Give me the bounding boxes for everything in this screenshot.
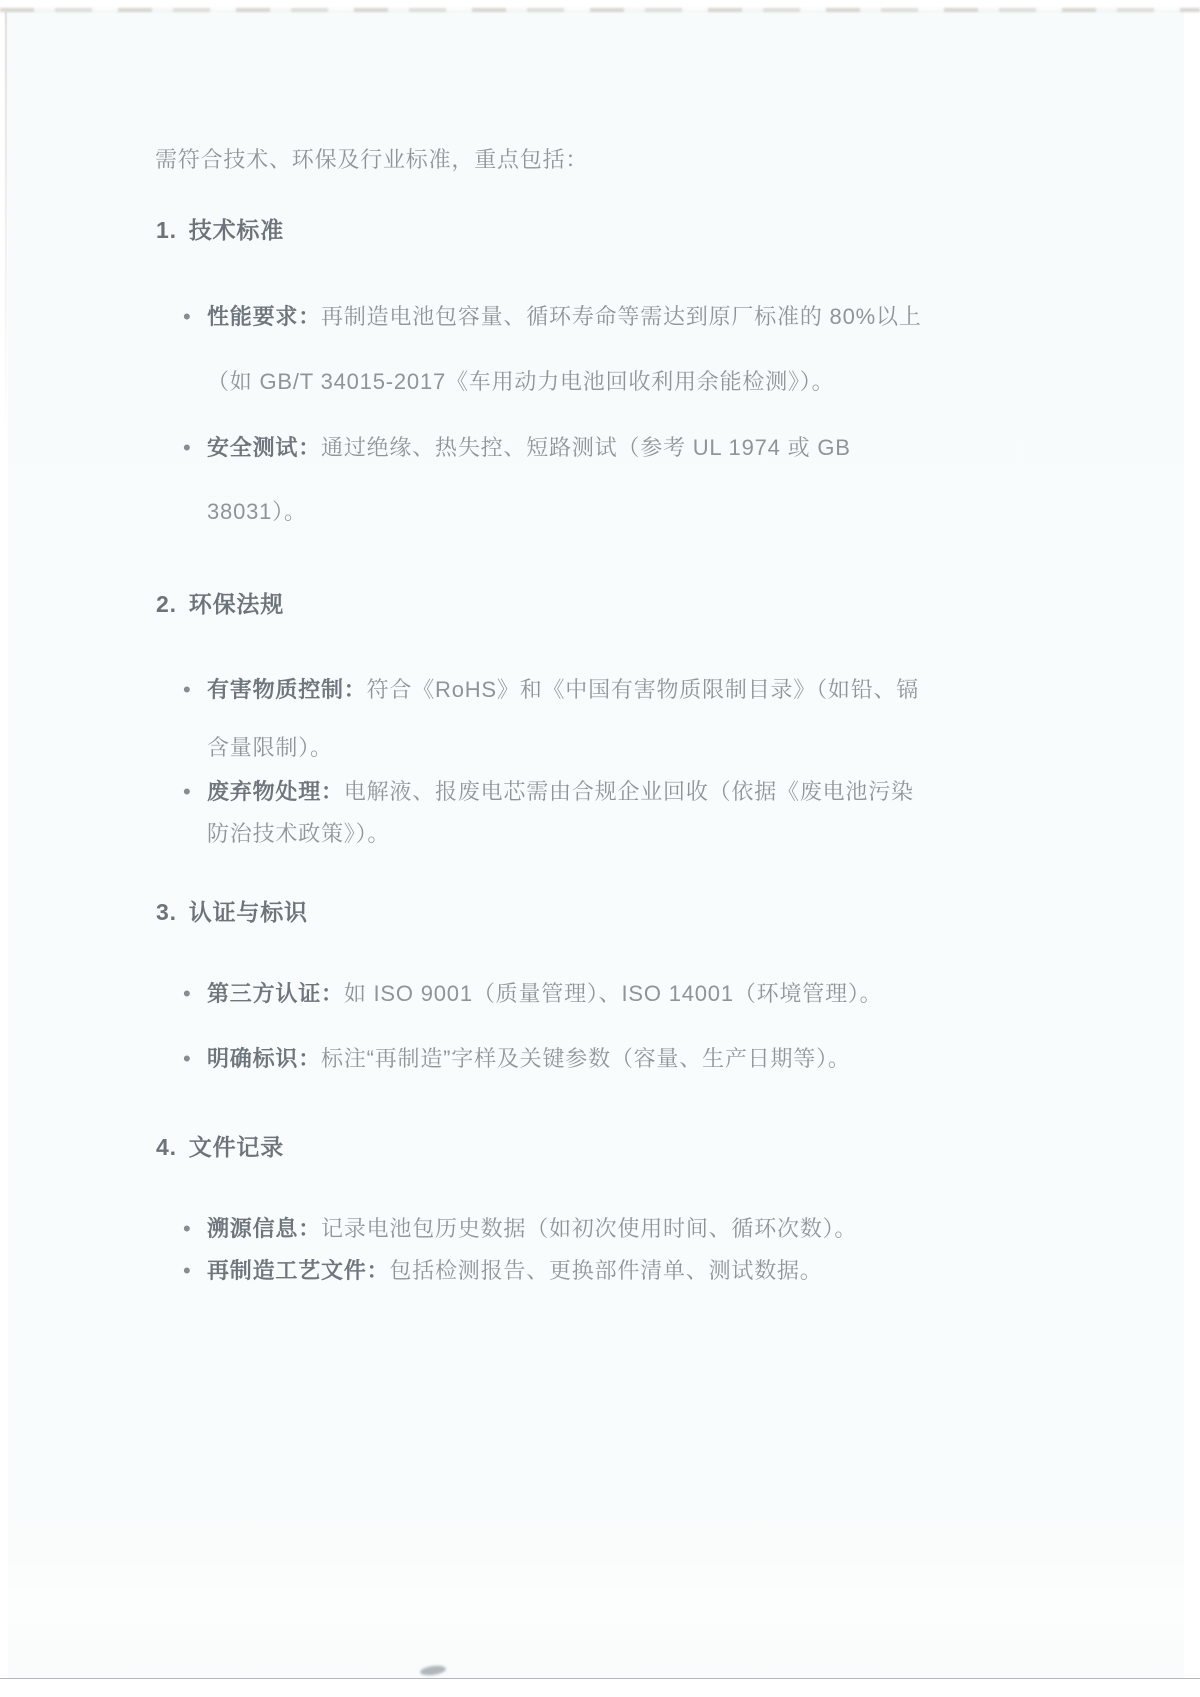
bullet-icon: • (183, 980, 191, 1008)
bullet-icon: • (183, 1045, 191, 1073)
scan-edge-top (0, 8, 1200, 12)
bullet-icon: • (183, 434, 191, 462)
bullet-waste-disposal: •废弃物处理：电解液、报废电芯需由合规企业回收（依据《废电池污染 (207, 778, 914, 806)
bullet-third-party-certification: •第三方认证：如 ISO 9001（质量管理）、ISO 14001（环境管理）。 (207, 980, 882, 1008)
section-number: 2. (156, 591, 177, 617)
section-heading-documentation-records: 4.文件记录 (156, 1133, 284, 1162)
intro-text: 需符合技术、环保及行业标准，重点包括： (155, 146, 588, 174)
bullet-text: 包括检测报告、更换部件清单、测试数据。 (389, 1258, 822, 1283)
bullet-lead: 明确标识： (207, 1046, 321, 1071)
section-heading-technical-standards: 1.技术标准 (156, 216, 284, 245)
section-number: 3. (156, 899, 177, 925)
bullet-text-continued: 38031）。 (207, 498, 307, 526)
bullet-hazardous-substance-control: •有害物质控制：符合《RoHS》和《中国有害物质限制目录》（如铅、镉 (207, 676, 919, 704)
bullet-remanufacturing-process-docs: •再制造工艺文件：包括检测报告、更换部件清单、测试数据。 (207, 1257, 823, 1285)
bullet-text: 如 ISO 9001（质量管理）、ISO 14001（环境管理）。 (344, 981, 883, 1006)
scan-edge-left (5, 12, 7, 442)
section-heading-environmental-regulations: 2.环保法规 (156, 590, 284, 619)
bullet-text-continued: 含量限制）。 (207, 734, 333, 762)
section-title: 认证与标识 (189, 899, 308, 925)
bullet-traceability-info: •溯源信息：记录电池包历史数据（如初次使用时间、循环次数）。 (207, 1215, 857, 1243)
bullet-icon: • (183, 1215, 191, 1243)
bullet-performance-requirements: •性能要求：再制造电池包容量、循环寿命等需达到原厂标准的 80%以上 (207, 303, 922, 331)
bullet-text-continued: （如 GB/T 34015-2017《车用动力电池回收利用余能检测》）。 (207, 368, 834, 396)
paper-background (8, 11, 1184, 1678)
bullet-icon: • (183, 676, 191, 704)
bullet-icon: • (183, 303, 191, 331)
bullet-safety-testing: •安全测试：通过绝缘、热失控、短路测试（参考 UL 1974 或 GB (207, 434, 851, 462)
section-number: 4. (156, 1134, 177, 1160)
bullet-lead: 安全测试： (207, 435, 321, 460)
bullet-icon: • (183, 1257, 191, 1285)
bullet-text: 符合《RoHS》和《中国有害物质限制目录》（如铅、镉 (367, 677, 920, 702)
section-title: 文件记录 (189, 1134, 284, 1160)
bullet-lead: 第三方认证： (207, 981, 344, 1006)
bullet-lead: 性能要求： (207, 304, 321, 329)
bullet-text: 标注“再制造”字样及关键参数（容量、生产日期等）。 (321, 1046, 851, 1071)
bullet-text: 记录电池包历史数据（如初次使用时间、循环次数）。 (321, 1216, 857, 1241)
bullet-clear-labeling: •明确标识：标注“再制造”字样及关键参数（容量、生产日期等）。 (207, 1045, 851, 1073)
bullet-lead: 溯源信息： (207, 1216, 321, 1241)
bullet-lead: 废弃物处理： (207, 779, 344, 804)
bullet-text: 再制造电池包容量、循环寿命等需达到原厂标准的 80%以上 (321, 304, 922, 329)
bullet-text-continued: 防治技术政策》）。 (207, 820, 390, 848)
bullet-icon: • (183, 778, 191, 806)
section-number: 1. (156, 217, 177, 243)
section-title: 环保法规 (189, 591, 284, 617)
bullet-text: 电解液、报废电芯需由合规企业回收（依据《废电池污染 (344, 779, 914, 804)
bullet-text: 通过绝缘、热失控、短路测试（参考 UL 1974 或 GB (321, 435, 851, 460)
bullet-lead: 再制造工艺文件： (207, 1258, 389, 1283)
section-title: 技术标准 (189, 217, 284, 243)
scan-bottom-line (0, 1678, 1200, 1679)
bullet-lead: 有害物质控制： (207, 677, 367, 702)
scanned-document-page: 需符合技术、环保及行业标准，重点包括： 1.技术标准 •性能要求：再制造电池包容… (0, 0, 1200, 1697)
section-heading-certification-labeling: 3.认证与标识 (156, 898, 308, 927)
